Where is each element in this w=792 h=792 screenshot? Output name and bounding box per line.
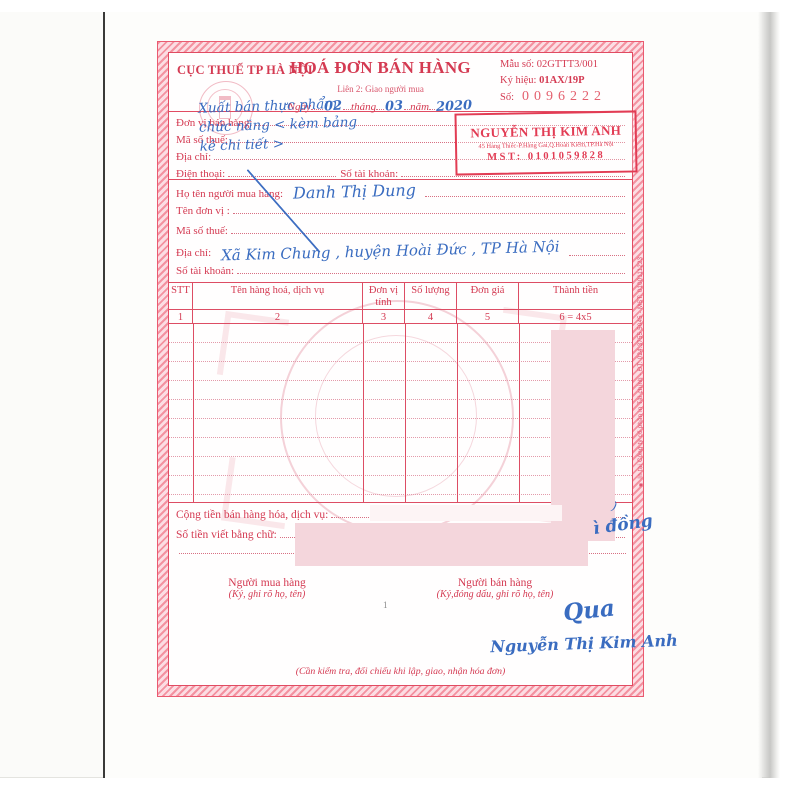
invoice-meta: Mẫu số: 02GTTT3/001 Ký hiệu: 01AX/19P Số…	[500, 57, 628, 106]
date-month-value: 03	[385, 99, 404, 115]
buyer-unit-row: Tên đơn vị :	[176, 202, 625, 222]
col-header-description: Tên hàng hoá, dịch vụ	[193, 283, 363, 309]
paper-right-shadow	[758, 12, 780, 778]
col-header-quantity: Số lượng	[405, 283, 457, 309]
col-header-unit-price: Đơn giá	[457, 283, 519, 309]
page-mark: 1	[383, 600, 388, 610]
copy-note: Liên 2: Giao người mua	[259, 84, 502, 94]
printer-info-vertical-text: ■ In tại Công ty cổ phần in Tài chính - …	[638, 292, 644, 487]
form-number-value: 02GTTT3/001	[537, 59, 598, 70]
col-header-stt: STT	[169, 283, 193, 309]
invoice-lace-border: CỤC THUẾ TP HÀ NỘI HOÁ ĐƠN BÁN HÀNG Liên…	[157, 41, 644, 697]
stamp-tax-code: MST: 0101059828	[487, 150, 605, 163]
buyer-section: Họ tên người mua hàng: Danh Thị Dung Tên…	[176, 182, 625, 282]
buyer-name-row: Họ tên người mua hàng: Danh Thị Dung	[176, 182, 625, 202]
redaction-total-value	[370, 505, 562, 521]
buyer-name-handwriting: Danh Thị Dung	[293, 180, 416, 202]
buyer-signature-title: Người mua hàng	[187, 577, 347, 589]
buyer-account-row: Số tài khoản:	[176, 262, 625, 282]
seller-signature-title: Người bán hàng	[380, 577, 610, 589]
invoice-number-row: Số:0096222	[500, 89, 628, 106]
invoice-body: CỤC THUẾ TP HÀ NỘI HOÁ ĐƠN BÁN HÀNG Liên…	[168, 52, 633, 686]
table-numbering-row: 1 2 3 4 5 6 = 4x5	[169, 310, 632, 324]
verification-note: (Cần kiểm tra, đối chiếu khi lập, giao, …	[169, 666, 632, 677]
col-header-unit: Đơn vị tính	[363, 283, 405, 309]
col-header-amount: Thành tiền	[519, 283, 632, 309]
invoice-title: HOÁ ĐƠN BÁN HÀNG	[259, 58, 502, 78]
redaction-amount-words	[295, 523, 588, 566]
form-number-row: Mẫu số: 02GTTT3/001	[500, 57, 628, 73]
stamp-address: 45 Hàng Thiếc-P.Hàng Gai,Q.Hoàn Kiếm,TP.…	[478, 141, 613, 150]
buyer-signature-hint: (Ký, ghi rõ họ, tên)	[187, 589, 347, 600]
invoice-number-value: 0096222	[522, 89, 606, 104]
buyer-signature-block: Người mua hàng (Ký, ghi rõ họ, tên)	[187, 577, 347, 600]
serial-value: 01AX/19P	[539, 75, 585, 86]
seller-stamp: NGUYỄN THỊ KIM ANH 45 Hàng Thiếc-P.Hàng …	[454, 110, 637, 175]
serial-row: Ký hiệu: 01AX/19P	[500, 73, 628, 89]
item-description-handwriting: Xuất bán thực phẩm chức năng < kèm bảng …	[198, 94, 358, 156]
buyer-address-row: Địa chỉ: Xã Kim Chung , huyện Hoài Đức ,…	[176, 242, 625, 262]
table-header-row: STT Tên hàng hoá, dịch vụ Đơn vị tính Số…	[169, 283, 632, 310]
seller-signature-block: Người bán hàng (Ký,đóng dấu, ghi rõ họ, …	[380, 577, 610, 600]
buyer-address-handwriting: Xã Kim Chung , huyện Hoài Đức , TP Hà Nộ…	[221, 238, 560, 265]
stamp-name: NGUYỄN THỊ KIM ANH	[470, 123, 621, 142]
